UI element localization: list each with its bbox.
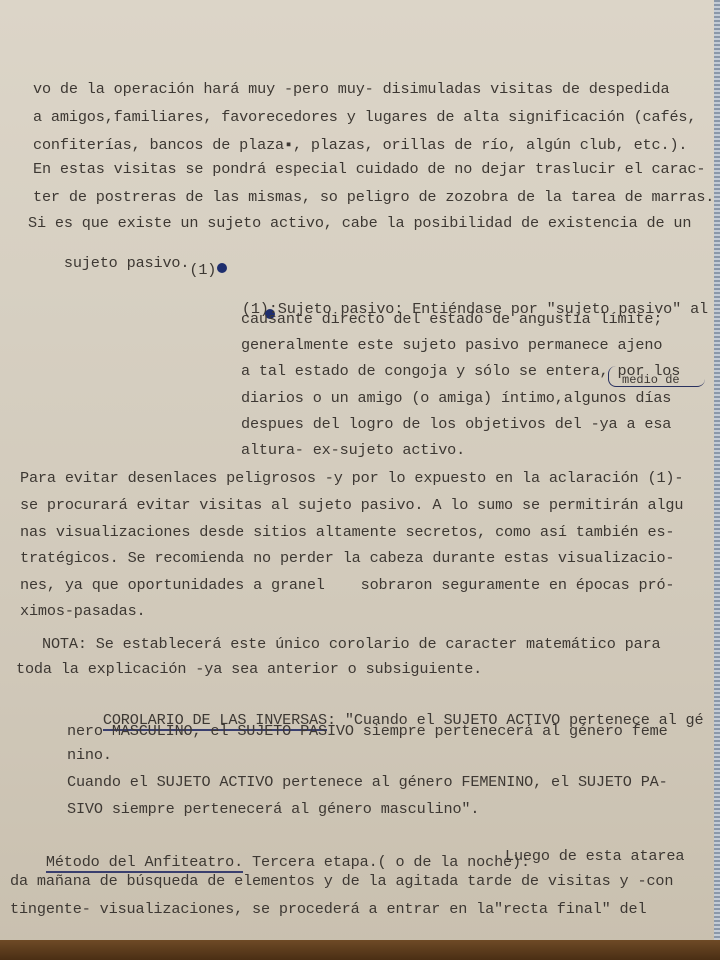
text-line: sujeto pasivo.(1) bbox=[28, 236, 227, 291]
text-line: confiterías, bancos de plaza▪, plazas, o… bbox=[33, 136, 687, 154]
footnote-line: diarios o un amigo (o amiga) íntimo,algu… bbox=[241, 389, 671, 407]
ink-dot-icon bbox=[217, 263, 227, 273]
text-line: En estas visitas se pondrá especial cuid… bbox=[33, 160, 705, 178]
nota-line: toda la explicación -ya sea anterior o s… bbox=[16, 660, 482, 678]
text-line: nas visualizaciones desde sitios altamen… bbox=[20, 523, 674, 541]
metodo-line: tingente- visualizaciones, se procederá … bbox=[10, 900, 646, 918]
text-fragment: Tercera etapa.( o de la noche): bbox=[243, 853, 530, 871]
corolario-line: SIVO siempre pertenecerá al género mascu… bbox=[67, 800, 479, 818]
text-line: ter de postreras de las mismas, so pelig… bbox=[33, 188, 714, 206]
metodo-line: Luego de esta atarea bbox=[505, 847, 684, 865]
footnote-reference: (1) bbox=[189, 261, 216, 279]
wooden-table-background bbox=[0, 940, 720, 960]
ink-correction-mark bbox=[608, 366, 705, 387]
footnote-line: generalmente este sujeto pasivo permanec… bbox=[241, 336, 662, 354]
text-line: se procurará evitar visitas al sujeto pa… bbox=[20, 496, 683, 514]
text-line: Para evitar desenlaces peligrosos -y por… bbox=[20, 469, 683, 487]
metodo-heading: Método del Anfiteatro. bbox=[46, 853, 243, 873]
corolario-line: Cuando el SUJETO ACTIVO pertenece al gén… bbox=[67, 773, 668, 791]
footnote-line: despues del logro de los objetivos del -… bbox=[241, 415, 671, 433]
typewritten-page: vo de la operación hará muy -pero muy- d… bbox=[0, 0, 716, 946]
text-line: tratégicos. Se recomienda no perder la c… bbox=[20, 549, 674, 567]
metodo-line: da mañana de búsqueda de elementos y de … bbox=[10, 872, 673, 890]
corolario-line: nero MASCULINO, el SUJETO PASIVO siempre… bbox=[67, 722, 668, 740]
text-fragment: sujeto pasivo. bbox=[64, 254, 190, 272]
corolario-line: nino. bbox=[67, 746, 112, 764]
background-edge bbox=[714, 0, 720, 960]
text-line: nes, ya que oportunidades a granel sobra… bbox=[20, 576, 674, 594]
text-line: a amigos,familiares, favorecedores y lug… bbox=[33, 108, 696, 126]
text-line: ximos-pasadas. bbox=[20, 602, 146, 620]
text-line: Si es que existe un sujeto activo, cabe … bbox=[28, 214, 691, 232]
footnote-line: altura- ex-sujeto activo. bbox=[241, 441, 465, 459]
footnote-line: causante directo del estado de angustia … bbox=[241, 310, 662, 328]
text-line: vo de la operación hará muy -pero muy- d… bbox=[33, 80, 669, 98]
nota-line: NOTA: Se establecerá este único corolari… bbox=[42, 635, 661, 653]
